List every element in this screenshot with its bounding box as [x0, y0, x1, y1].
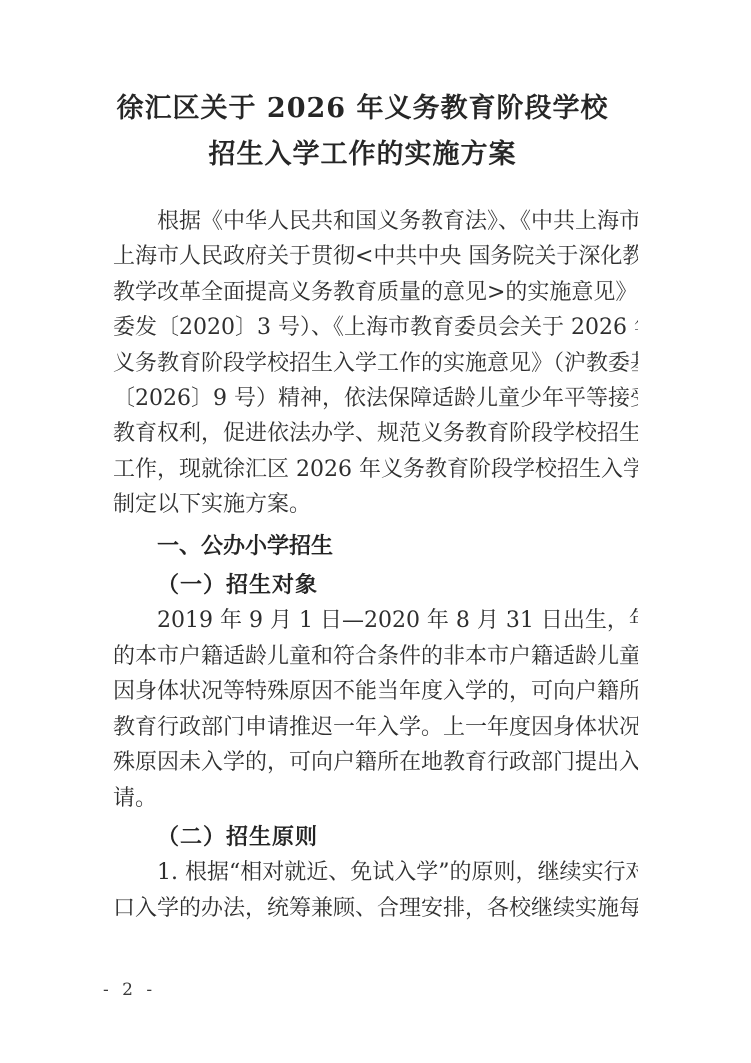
text-line: 1. 根据“相对就近、免试入学”的原则，继续实行对: [113, 855, 638, 890]
text-line: 根据《中华人民共和国义务教育法》、《中共上海市委: [113, 204, 638, 239]
text-line: 的本市户籍适龄儿童和符合条件的非本市户籍适龄儿童。确: [113, 639, 638, 674]
text-line: 殊原因未入学的，可向户籍所在地教育行政部门提出入学申: [113, 745, 638, 780]
title-line-2: 招生入学工作的实施方案: [100, 132, 625, 178]
text-line: 义务教育阶段学校招生入学工作的实施意见》（沪教委基: [113, 346, 638, 381]
text-line: 因身体状况等特殊原因不能当年度入学的，可向户籍所在地: [113, 674, 638, 709]
text-line: 口入学的办法，统筹兼顾、合理安排，各校继续实施每户地: [113, 891, 638, 926]
title-line-1: 徐汇区关于 2026 年义务教育阶段学校: [100, 86, 625, 132]
text-line: 〔2026〕9 号）精神，依法保障适龄儿童少年平等接受义务: [113, 381, 638, 416]
text-line: 制定以下实施方案。: [113, 487, 638, 522]
text-line: 教学改革全面提高义务教育质量的意见>的实施意见》（沪: [113, 275, 638, 310]
heading-section-1-1: （一）招生对象: [113, 568, 638, 603]
heading-section-1-2: （二）招生原则: [113, 820, 638, 855]
document-body: 根据《中华人民共和国义务教育法》、《中共上海市委 上海市人民政府关于贯彻<中共中…: [113, 204, 638, 926]
text-line: 教育权利，促进依法办学、规范义务教育阶段学校招生入学: [113, 416, 638, 451]
paragraph-eligibility: 2019 年 9 月 1 日—2020 年 8 月 31 日出生，年满 6 周岁…: [113, 603, 638, 815]
document-page: 徐汇区关于 2026 年义务教育阶段学校 招生入学工作的实施方案 根据《中华人民…: [0, 0, 751, 1063]
text-line: 2019 年 9 月 1 日—2020 年 8 月 31 日出生，年满 6 周岁: [113, 603, 638, 638]
heading-section-1: 一、公办小学招生: [113, 529, 638, 564]
text-line: 上海市人民政府关于贯彻<中共中央 国务院关于深化教育: [113, 239, 638, 274]
text-line: 教育行政部门申请推迟一年入学。上一年度因身体状况等特: [113, 710, 638, 745]
paragraph-principles: 1. 根据“相对就近、免试入学”的原则，继续实行对 口入学的办法，统筹兼顾、合理…: [113, 855, 638, 926]
text-line: 请。: [113, 781, 638, 816]
paragraph-intro: 根据《中华人民共和国义务教育法》、《中共上海市委 上海市人民政府关于贯彻<中共中…: [113, 204, 638, 523]
page-number: - 2 -: [103, 980, 156, 1000]
text-line: 委发〔2020〕3 号）、《上海市教育委员会关于 2026 年本市: [113, 310, 638, 345]
document-title: 徐汇区关于 2026 年义务教育阶段学校 招生入学工作的实施方案: [100, 86, 625, 178]
text-line: 工作，现就徐汇区 2026 年义务教育阶段学校招生入学工作: [113, 452, 638, 487]
